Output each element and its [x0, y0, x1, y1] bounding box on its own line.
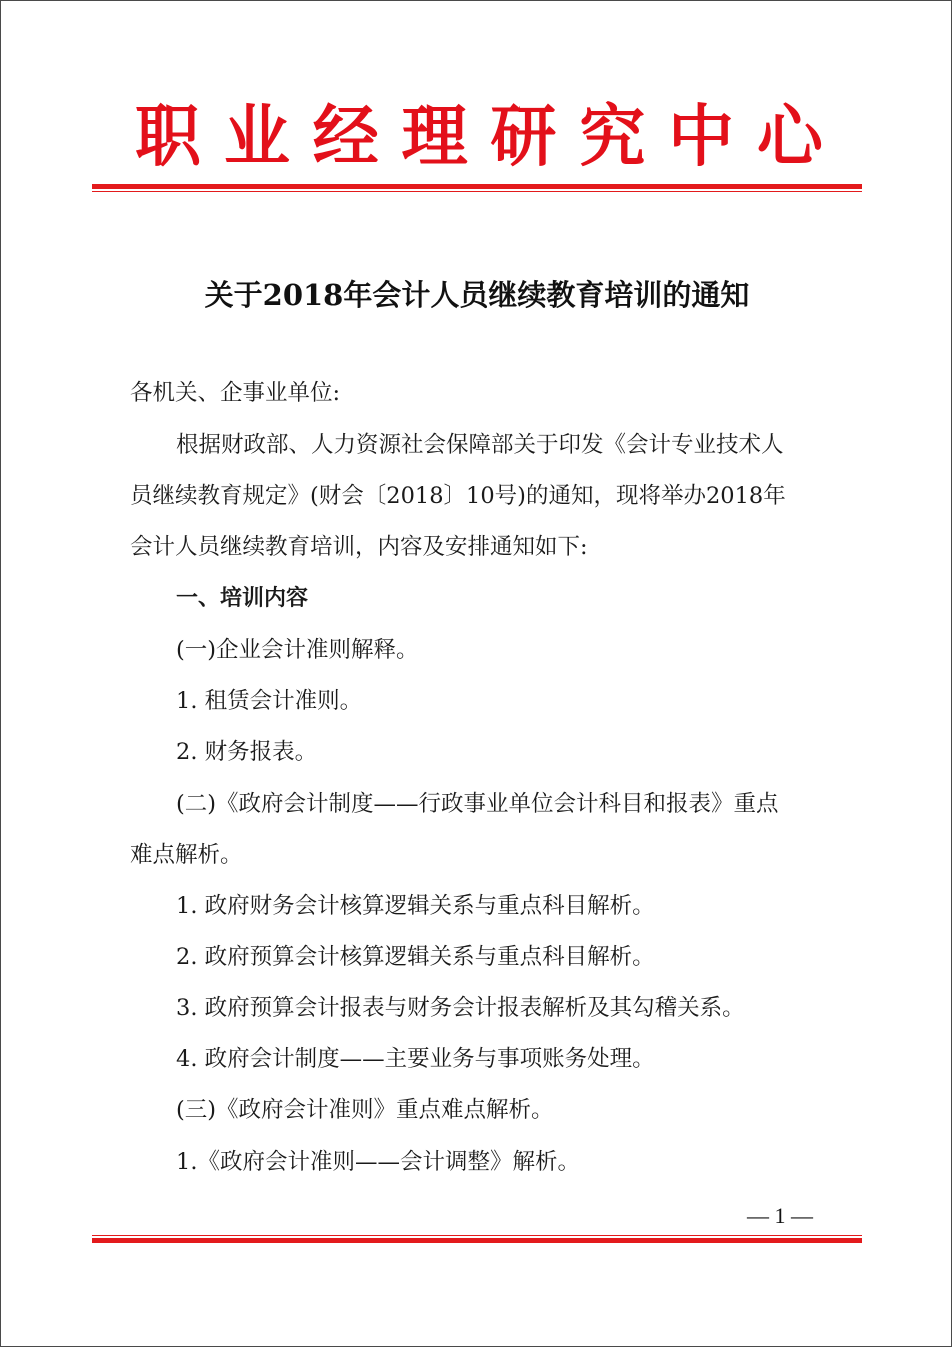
- letterhead-char: 理: [402, 102, 468, 169]
- list-item: 1. 政府财务会计核算逻辑关系与重点科目解析。: [176, 886, 655, 926]
- list-item: 2. 财务报表。: [176, 732, 317, 772]
- subsection-heading-2-cont: 难点解析。: [130, 835, 243, 875]
- document-title: 关于2018年会计人员继续教育培训的通知: [1, 273, 952, 314]
- letterhead-char: 职: [135, 102, 201, 169]
- letterhead-char: 究: [579, 102, 645, 169]
- subsection-heading-1: (一)企业会计准则解释。: [176, 630, 419, 670]
- letterhead-char: 研: [490, 102, 556, 169]
- list-item: 1.《政府会计准则——会计调整》解析。: [176, 1142, 580, 1182]
- list-item: 4. 政府会计制度——主要业务与事项账务处理。: [176, 1039, 655, 1079]
- list-item: 2. 政府预算会计核算逻辑关系与重点科目解析。: [176, 937, 655, 977]
- footer-rule-thin: [92, 1235, 862, 1236]
- list-item: 1. 租赁会计准则。: [176, 681, 362, 721]
- intro-line-3: 会计人员继续教育培训，内容及安排通知如下:: [130, 527, 588, 567]
- footer-rule-thick: [92, 1238, 862, 1243]
- intro-line-1: 根据财政部、人力资源社会保障部关于印发《会计专业技术人: [176, 425, 784, 465]
- document-page: 职 业 经 理 研 究 中 心 关于2018年会计人员继续教育培训的通知 各机关…: [0, 0, 952, 1347]
- section-heading-training-content: 一、培训内容: [176, 579, 308, 619]
- salutation: 各机关、企事业单位:: [130, 373, 340, 413]
- subsection-heading-3: (三)《政府会计准则》重点难点解析。: [176, 1090, 554, 1130]
- subsection-heading-2: (二)《政府会计制度——行政事业单位会计科目和报表》重点: [176, 784, 779, 824]
- letterhead-rule-thick: [92, 184, 862, 189]
- letterhead-rule-thin: [92, 191, 862, 192]
- letterhead-char: 中: [668, 102, 734, 169]
- page-number: — 1 —: [747, 1203, 813, 1229]
- letterhead-org-name: 职 业 经 理 研 究 中 心: [93, 97, 861, 175]
- list-item: 3. 政府预算会计报表与财务会计报表解析及其勾稽关系。: [176, 988, 745, 1028]
- letterhead-char: 心: [757, 102, 823, 169]
- letterhead-char: 经: [313, 102, 379, 169]
- intro-line-2: 员继续教育规定》(财会〔2018〕10号)的通知，现将举办2018年: [130, 476, 786, 516]
- letterhead-char: 业: [224, 102, 290, 169]
